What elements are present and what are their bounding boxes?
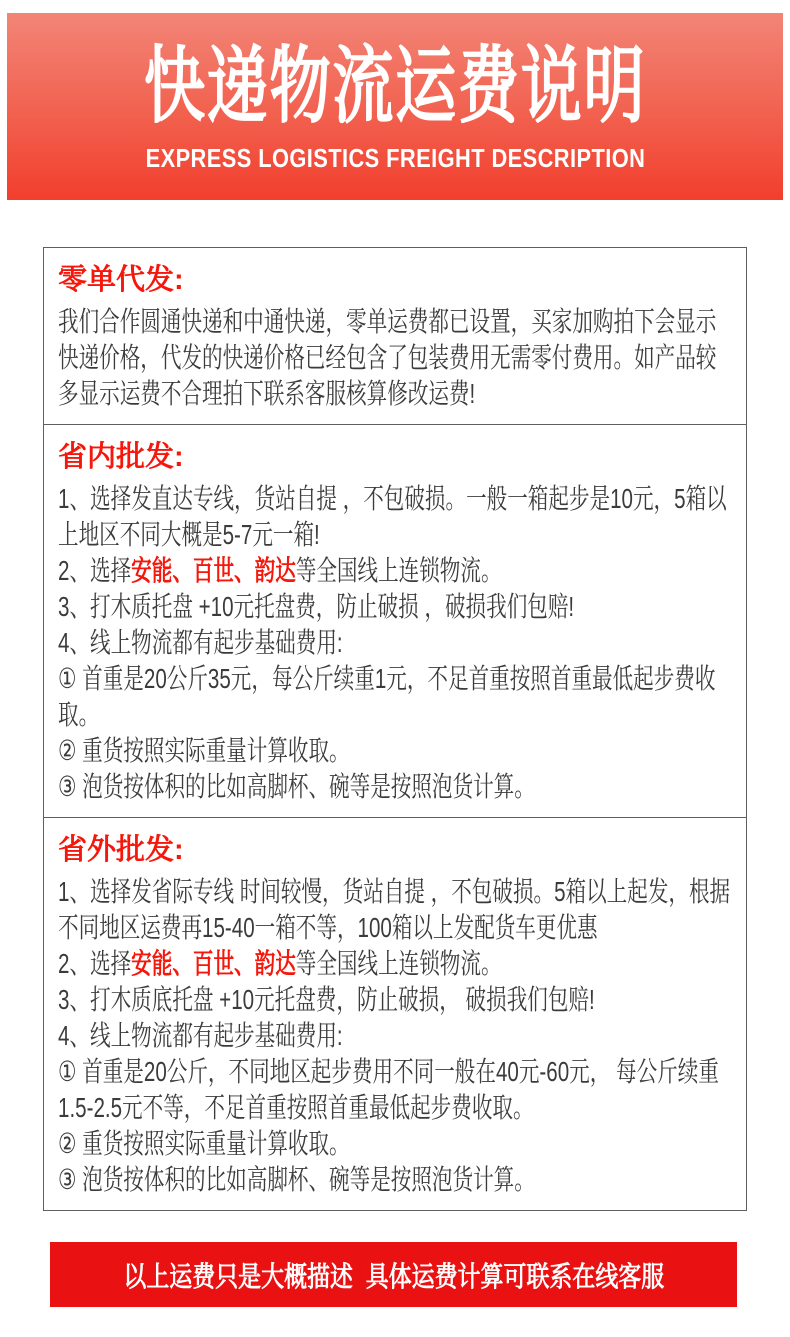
list-item-text: 等全国线上连锁物流。 [296,555,502,586]
list-item: 2、选择安能、百世、韵达等全国线上连锁物流。 [58,946,734,982]
list-item-text: 2、选择 [58,555,131,586]
section-out-province: 省外批发: 1、选择发省际专线 时间较慢，货站自提 ，不包破损。5箱以上起发，根… [44,817,746,1210]
sub-list-item: ③ 泡货按体积的比如高脚杯、碗等是按照泡货计算。 [58,769,734,805]
page-subtitle: EXPRESS LOGISTICS FREIGHT DESCRIPTION [145,143,645,174]
list-item: 1、选择发直达专线，货站自提 ，不包破损。一般一箱起步是10元，5箱以上地区不同… [58,481,734,553]
carrier-names-highlight: 安能、百世、韵达 [131,948,296,979]
sub-list-item: ② 重货按照实际重量计算收取。 [58,733,734,769]
carrier-names-highlight: 安能、百世、韵达 [131,555,296,586]
footer-banner: 以上运费只是大概描述 具体运费计算可联系在线客服 [50,1242,737,1307]
list-item: 3、打木质底托盘 +10元托盘费，防止破损， 破损我们包赔! [58,982,734,1018]
section-out-province-heading: 省外批发: [58,831,732,869]
list-item-text: 2、选择 [58,948,131,979]
list-item: 2、选择安能、百世、韵达等全国线上连锁物流。 [58,553,734,589]
freight-info-box: 零单代发: 我们合作圆通快递和中通快递，零单运费都已设置，买家加购拍下会显示快递… [43,247,747,1211]
sub-list-item: ① 首重是20公斤35元，每公斤续重1元，不足首重按照首重最低起步费收取。 [58,661,734,733]
list-item: 3、打木质托盘 +10元托盘费，防止破损 ，破损我们包赔! [58,589,734,625]
list-item: 4、线上物流都有起步基础费用: [58,1018,734,1054]
sub-list-item: ③ 泡货按体积的比如高脚杯、碗等是按照泡货计算。 [58,1162,734,1198]
page-title: 快递物流运费说明 [144,44,646,128]
section-in-province: 省内批发: 1、选择发直达专线，货站自提 ，不包破损。一般一箱起步是10元，5箱… [44,424,746,817]
list-item: 1、选择发省际专线 时间较慢，货站自提 ，不包破损。5箱以上起发，根据不同地区运… [58,874,734,946]
footer-notice-text: 以上运费只是大概描述 具体运费计算可联系在线客服 [123,1255,664,1295]
section-out-province-body: 1、选择发省际专线 时间较慢，货站自提 ，不包破损。5箱以上起发，根据不同地区运… [58,874,734,1198]
header-banner: 快递物流运费说明 EXPRESS LOGISTICS FREIGHT DESCR… [7,13,783,200]
section-in-province-body: 1、选择发直达专线，货站自提 ，不包破损。一般一箱起步是10元，5箱以上地区不同… [58,481,734,805]
sub-list-item: ② 重货按照实际重量计算收取。 [58,1126,734,1162]
sub-list-item: ① 首重是20公斤，不同地区起步费用不同一般在40元-60元， 每公斤续重1.5… [58,1054,734,1126]
section-in-province-heading: 省内批发: [58,438,732,476]
freight-description-page: { "header": { "title": "快递物流运费说明", "subt… [0,0,790,1337]
list-item-text: 等全国线上连锁物流。 [296,948,502,979]
section-dropship-body: 我们合作圆通快递和中通快递，零单运费都已设置，买家加购拍下会显示快递价格，代发的… [58,304,734,412]
dropship-paragraph: 我们合作圆通快递和中通快递，零单运费都已设置，买家加购拍下会显示快递价格，代发的… [58,304,734,412]
list-item: 4、线上物流都有起步基础费用: [58,625,734,661]
section-dropship: 零单代发: 我们合作圆通快递和中通快递，零单运费都已设置，买家加购拍下会显示快递… [44,248,746,424]
section-dropship-heading: 零单代发: [58,261,732,299]
